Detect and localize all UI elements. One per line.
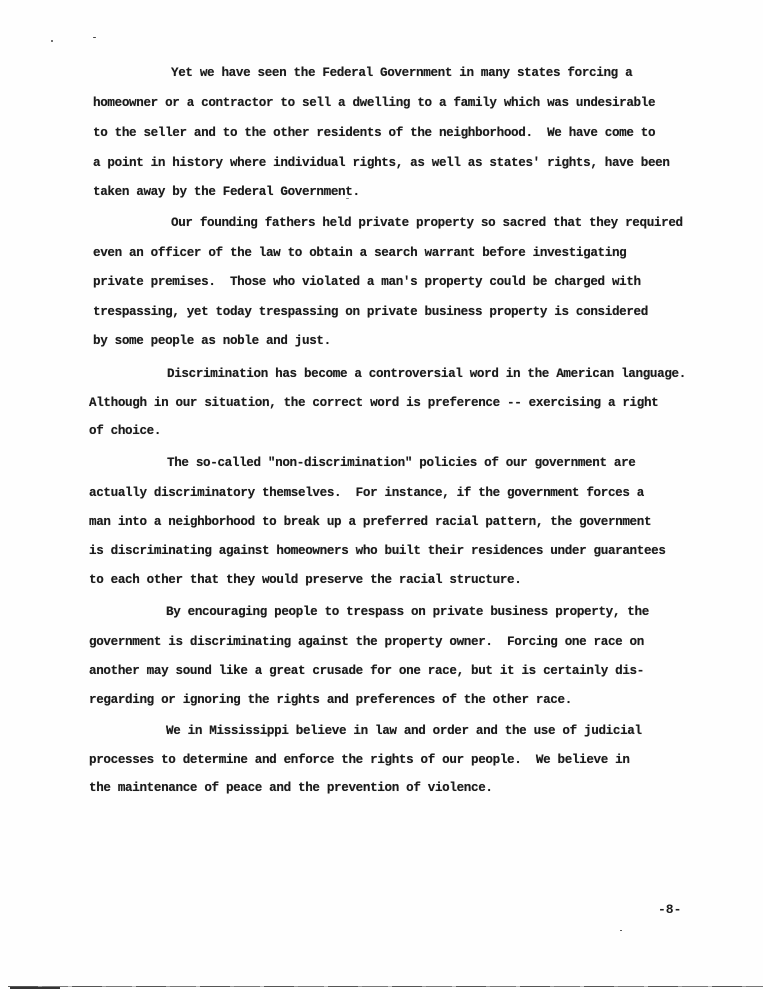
text-line: Discrimination has become a controversia…: [167, 366, 686, 382]
scan-edge-line: [8, 986, 763, 987]
text-line: man into a neighborhood to break up a pr…: [89, 514, 651, 530]
text-line: By encouraging people to trespass on pri…: [166, 604, 649, 620]
document-page: Yet we have seen the Federal Government …: [0, 0, 763, 990]
text-line: actually discriminatory themselves. For …: [89, 485, 644, 501]
scan-edge-mark: [10, 987, 60, 989]
text-line: homeowner or a contractor to sell a dwel…: [93, 95, 655, 111]
text-line: processes to determine and enforce the r…: [89, 752, 630, 768]
text-line: trespassing, yet today trespassing on pr…: [93, 304, 648, 320]
text-line: taken away by the Federal Government.: [93, 184, 360, 200]
scan-speck: [346, 198, 349, 199]
text-line: to each other that they would preserve t…: [89, 572, 521, 588]
text-line: private premises. Those who violated a m…: [93, 274, 641, 290]
text-line: The so-called "non-discrimination" polic…: [167, 455, 636, 471]
text-line: is discriminating against homeowners who…: [89, 543, 666, 559]
text-line: even an officer of the law to obtain a s…: [93, 245, 626, 261]
text-line: Although in our situation, the correct w…: [89, 395, 658, 411]
text-line: another may sound like a great crusade f…: [89, 663, 644, 679]
text-line: Yet we have seen the Federal Government …: [171, 65, 632, 81]
text-line: Our founding fathers held private proper…: [171, 215, 683, 231]
text-line: We in Mississippi believe in law and ord…: [166, 723, 642, 739]
text-line: by some people as noble and just.: [93, 333, 331, 349]
scan-speck: [93, 37, 96, 38]
text-line: the maintenance of peace and the prevent…: [89, 780, 493, 796]
text-line: to the seller and to the other residents…: [93, 125, 655, 141]
scan-speck: [51, 40, 53, 42]
scan-speck: [620, 930, 622, 931]
text-line: of choice.: [89, 423, 161, 439]
page-number: -8-: [658, 902, 681, 917]
text-line: regarding or ignoring the rights and pre…: [89, 692, 572, 708]
text-line: a point in history where individual righ…: [93, 155, 670, 171]
text-line: government is discriminating against the…: [89, 634, 644, 650]
